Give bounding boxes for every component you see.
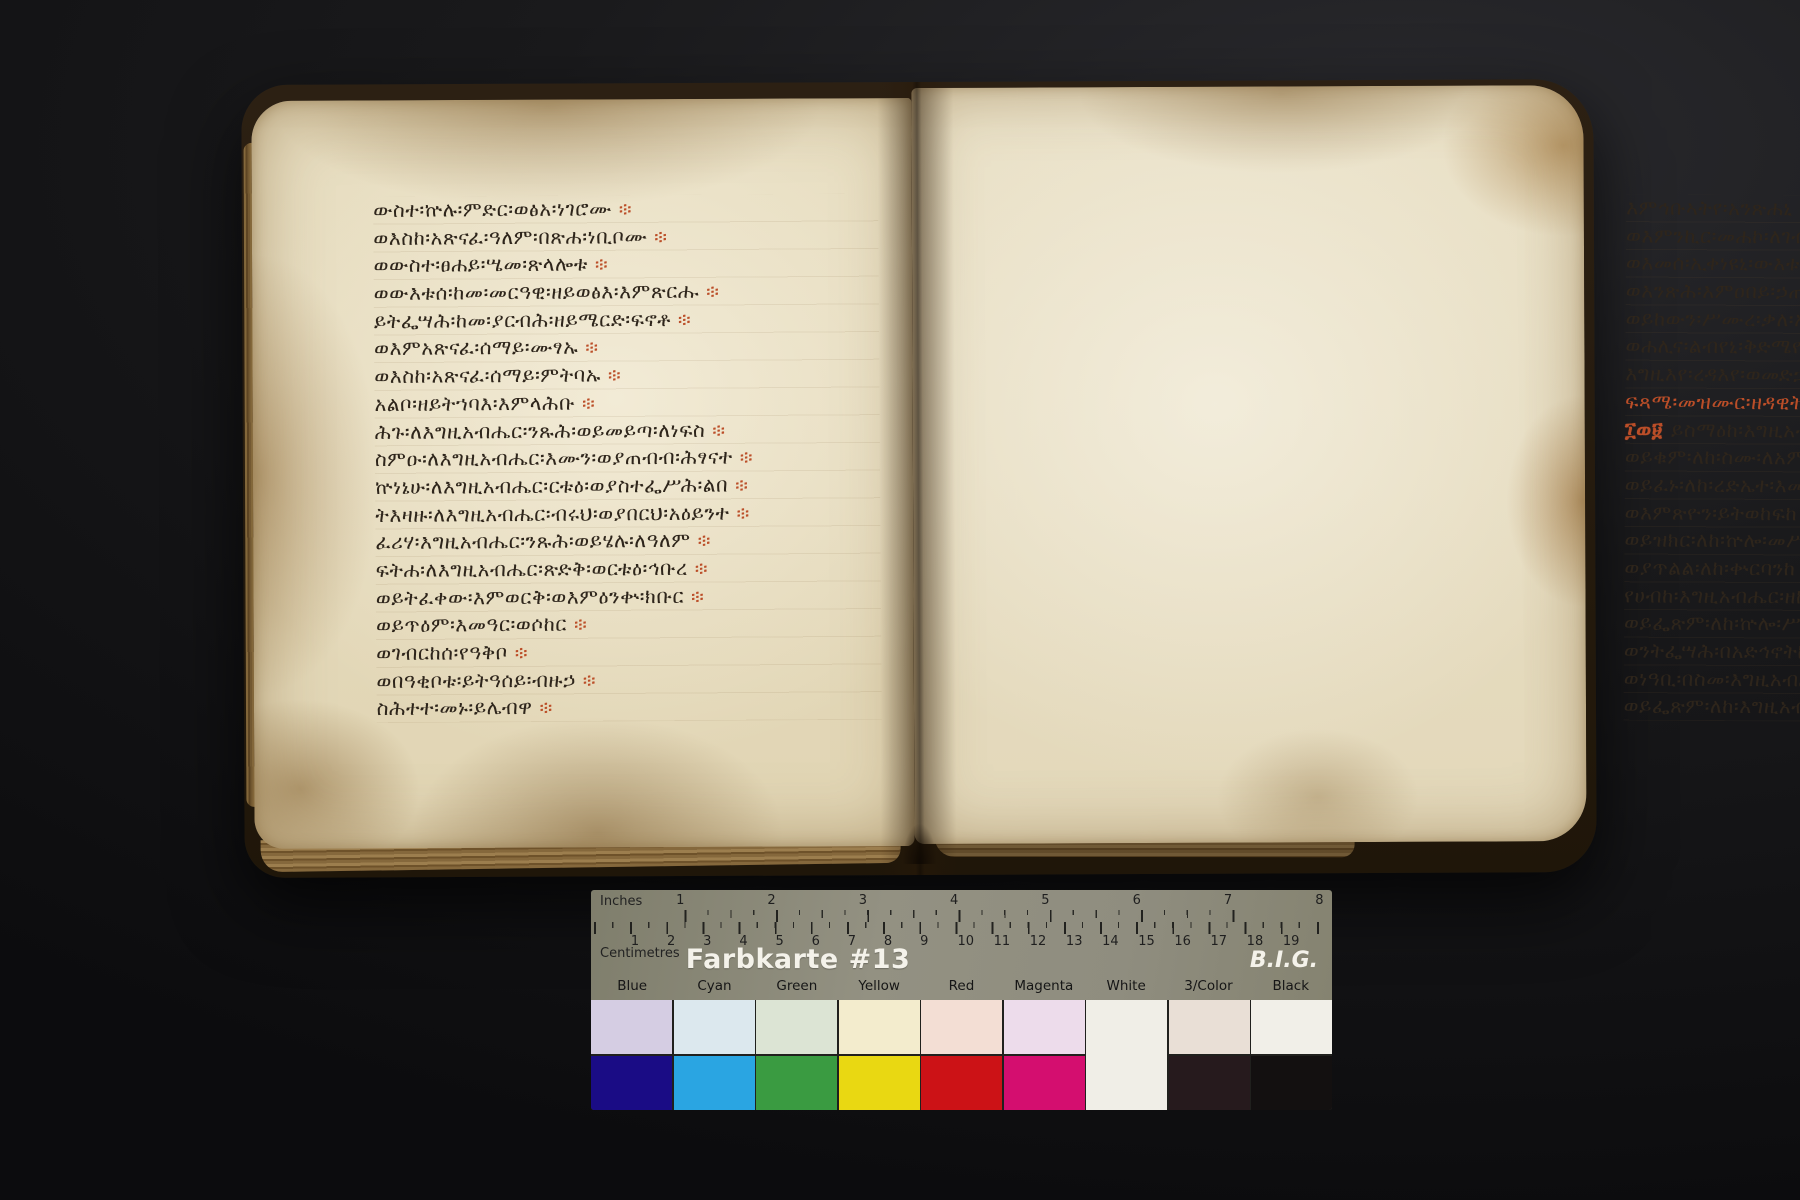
manuscript-text-line: ወእምአጽናፈ፡ሰማይ፡ሙፃኡ፨ (374, 332, 879, 363)
manuscript-text-line: ወእስከ፡አጽናፈ፡ዓለም፡በጽሐ፡ነቢቦሙ፨ (373, 221, 878, 252)
swatch-labels-row: BlueCyanGreenYellowRedMagentaWhite3/Colo… (591, 978, 1332, 1000)
color-swatch-3-color-tint (1169, 1000, 1250, 1054)
manuscript-page-right: እምኅቡኣትየ፡አንጽሐኒ፨ወእምንኪር፡መሐኮ፡ለገብርከ፨ወእመሰ፡ኢቀነዩ… (911, 85, 1586, 844)
line-end-mark-icon: ፨ (647, 227, 667, 248)
line-end-mark-icon: ፨ (588, 255, 608, 276)
photo-backdrop: ውስተ፡ኵሉ፡ምድር፡ወፅአ፡ነገሮሙ፨ወእስከ፡አጽናፈ፡ዓለም፡በጽሐ፡ነቢ… (0, 0, 1800, 1200)
inch-scale: Inches 12345678 (591, 890, 1332, 910)
book-gutter-notch (896, 804, 942, 864)
right-page-text-block: እምኅቡኣትየ፡አንጽሐኒ፨ወእምንኪር፡መሐኮ፡ለገብርከ፨ወእመሰ፡ኢቀነዩ… (1624, 194, 1800, 723)
line-end-mark-icon: ፨ (1793, 199, 1800, 220)
manuscript-text-line: ወያጥልል፡ለከ፡ቍርባንከ፨ (1624, 554, 1800, 584)
manuscript-text-line: እግዚእየ፡ረዳእየ፡ወመድኃንየ፨ (1625, 361, 1800, 391)
swatch-label-magenta: Magenta (1003, 978, 1085, 1000)
cm-number: 18 (1247, 934, 1264, 949)
manuscript-text-line: ሕጉ፡ለእግዚአብሔር፡ንጹሕ፡ወይመይጣ፡ለነፍስ፨ (375, 415, 880, 446)
inch-number: 4 (950, 893, 958, 908)
cm-number: 15 (1138, 934, 1155, 949)
manuscript-text-line: ወገብርከሰ፡የዓቅቦ፨ (376, 637, 881, 668)
line-end-mark-icon: ፨ (575, 393, 595, 414)
swatch-label-black: Black (1250, 978, 1332, 1000)
line-end-mark-icon: ፨ (730, 503, 750, 524)
cm-number: 19 (1283, 934, 1300, 949)
line-end-mark-icon: ፨ (699, 282, 719, 303)
swatch-label-white: White (1085, 978, 1167, 1000)
line-end-mark-icon: ፨ (508, 643, 528, 664)
manuscript-text-line: ስሕተተ፡መኑ፡ይሌብዋ፨ (377, 692, 882, 723)
manuscript-text-line: ወሐሊና፡ልብየኒ፡ቅድሜየ፡ውእቱ፡በኵሉ፡ጊዜ፨ (1625, 333, 1800, 363)
manuscript-text-line: ፈሪሃ፡እግዚአብሔር፡ንጹሕ፡ወይሄሉ፡ለዓለም፨ (375, 526, 880, 557)
line-end-mark-icon: ፨ (567, 615, 587, 636)
swatch-label-green: Green (756, 978, 838, 1000)
line-end-mark-icon: ፨ (612, 199, 632, 220)
swatch-label-3-color: 3/Color (1167, 978, 1249, 1000)
line-end-mark-icon: ፨ (1795, 559, 1800, 580)
manuscript-text-line: ወበዓቂቦቱ፡ይትዓሰይ፡ብዙኃ፨ (376, 664, 881, 695)
manuscript-text-line: ወእንጽሕ፡እምዐበይ፡ኃጢአትየ፨ (1626, 277, 1800, 307)
manuscript-text-line: ወውእቱሰ፡ከመ፡መርዓዊ፡ዘይወፅእ፡እምጽርሑ፨ (374, 277, 879, 308)
color-swatch-blue-tint (591, 1000, 672, 1054)
cm-number: 12 (1030, 934, 1047, 949)
color-card: Inches 12345678 123456789101112131415161… (591, 890, 1332, 1110)
manuscript-page-left: ውስተ፡ኵሉ፡ምድር፡ወፅአ፡ነገሮሙ፨ወእስከ፡አጽናፈ፡ዓለም፡በጽሐ፡ነቢ… (251, 98, 914, 849)
inch-number: 3 (859, 893, 867, 908)
cm-number: 10 (957, 934, 974, 949)
manuscript-text-line: ወይፌጽም፡ለከ፡ኵሎ፡ሥምረተከ፨ (1624, 610, 1800, 640)
manuscript-text-line: ወነዓቢ፡በስመ፡እግዚአብሔር፡አምላክነ፨ (1624, 665, 1800, 695)
line-end-mark-icon: ፨ (576, 670, 596, 691)
manuscript-text-line: ወእምጽዮን፡ይትወከፍከ፨ (1625, 499, 1800, 529)
line-end-mark-icon: ፨ (705, 420, 725, 441)
manuscript-text-line: ወእምንኪር፡መሐኮ፡ለገብርከ፨ (1626, 222, 1800, 252)
manuscript-text-line: ወይጥዕም፡እመዓር፡ወሶከር፨ (376, 609, 881, 640)
manuscript-text-line: ወይትፈቀው፡እምወርቅ፡ወእምዕንቍ፡ክቡር፨ (376, 581, 881, 612)
inch-ticks (675, 910, 1332, 922)
manuscript-text-line: ይትፌሣሕ፡ከመ፡ያርብሕ፡ዘይሜርድ፡ፍኖቶ፨ (374, 304, 879, 335)
psalm-number: ፲ወ፱ (1625, 417, 1671, 441)
line-end-mark-icon: ፨ (671, 310, 691, 331)
line-end-mark-icon: ፨ (733, 448, 753, 469)
manuscript-text-line: ኵነኔሁ፡ለእግዚአብሔር፡ርቱዕ፡ወያስተፌሥሕ፡ልበ፨ (375, 470, 880, 501)
swatch-grid (591, 1000, 1332, 1110)
color-swatch-magenta-tint (1004, 1000, 1085, 1054)
manuscript-text-line: ፍትሐ፡ለእግዚአብሔር፡ጽድቅ፡ወርቱዕ፡ኅቡረ፨ (376, 553, 881, 584)
manuscript-text-line: ወይቁም፡ለከ፡ስሙ፡ለአምላከ፡ያዕቆብ፨ (1625, 444, 1800, 474)
inch-number: 1 (676, 893, 684, 908)
manuscript-text-line: ስምዑ፡ለእግዚአብሔር፡እሙን፡ወያጠብብ፡ሕፃናተ፨ (375, 443, 880, 474)
manuscript-text-line: እምኅቡኣትየ፡አንጽሐኒ፨ (1626, 194, 1800, 224)
manuscript-text-line: ወይከውን፡ሥሙረ፡ቃለ፡አፉየ፨ (1626, 305, 1800, 335)
color-swatch-red-tint (921, 1000, 1002, 1054)
color-swatch-yellow-solid (839, 1056, 920, 1110)
cm-number: 14 (1102, 934, 1119, 949)
manuscript-text-line: ወይዝክር፡ለከ፡ኵሎ፡መሥዋዕተከ፨ (1624, 527, 1800, 557)
inch-number: 5 (1041, 893, 1049, 908)
color-swatch-black-solid (1251, 1056, 1332, 1110)
cm-number: 11 (994, 934, 1011, 949)
manuscript-text-line: ወእመሰ፡ኢቀነዩኒ፡ውእቱ፡ጊዜ፡ንጹሐ፡እከውን፨ (1626, 250, 1800, 280)
inch-number: 2 (767, 893, 775, 908)
line-end-mark-icon: ፨ (688, 559, 708, 580)
manuscript-text-line: ትእዛዙ፡ለእግዚአብሔር፡ብሩህ፡ወያበርህ፡አዕይንተ፨ (375, 498, 880, 529)
color-swatch-green-solid (756, 1056, 837, 1110)
swatch-label-red: Red (920, 978, 1002, 1000)
line-end-mark-icon: ፨ (578, 338, 598, 359)
line-end-mark-icon: ፨ (533, 698, 553, 719)
color-swatch-white (1086, 1000, 1167, 1110)
inches-label: Inches (600, 894, 642, 909)
swatch-label-blue: Blue (591, 978, 673, 1000)
cm-ticks (591, 922, 1332, 934)
line-end-mark-icon: ፨ (691, 531, 711, 552)
color-swatch-cyan-solid (674, 1056, 755, 1110)
color-swatch-black-tint (1251, 1000, 1332, 1054)
manuscript-book: ውስተ፡ኵሉ፡ምድር፡ወፅአ፡ነገሮሙ፨ወእስከ፡አጽናፈ፡ዓለም፡በጽሐ፡ነቢ… (241, 79, 1596, 878)
card-title-row: Centimetres Farbkarte #13 B.I.G. (591, 948, 1332, 978)
manuscript-text-line: አልቦ፡ዘይትኀባእ፡እምላሕቡ፨ (374, 387, 879, 418)
manuscript-text-line: ፍጻሜ፡መዝሙር፡ዘዳዊት፡ተናገረ፡ዳዊት፡በቃሉ፡ሰአል፡ቅዱስ፡ (1625, 388, 1800, 418)
card-brand: B.I.G. (1250, 948, 1318, 973)
manuscript-text-line: ወይፈኑ፡ለከ፡ረድኤተ፡እመቅደሱ፨ (1625, 471, 1800, 501)
manuscript-text-line: ወውስተ፡ፀሐይ፡ሤመ፡ጽላሎቱ፨ (373, 249, 878, 280)
cm-number: 17 (1211, 934, 1228, 949)
line-end-mark-icon: ፨ (601, 365, 621, 386)
inch-number: 8 (1315, 893, 1323, 908)
ruler: Inches 12345678 123456789101112131415161… (591, 890, 1332, 948)
inch-number: 6 (1133, 893, 1141, 908)
manuscript-text-line: የሀብከ፡እግዚአብሔር፡ዘከመ፡ልብከ፨ (1624, 582, 1800, 612)
cm-number: 16 (1174, 934, 1191, 949)
line-end-mark-icon: ፨ (728, 475, 748, 496)
manuscript-text-line: ውስተ፡ኵሉ፡ምድር፡ወፅአ፡ነገሮሙ፨ (373, 194, 878, 225)
color-swatch-magenta-solid (1004, 1056, 1085, 1110)
color-swatch-cyan-tint (674, 1000, 755, 1054)
cm-number: 13 (1066, 934, 1083, 949)
manuscript-text-line: ወይፌጽም፡ለከ፡እግዚአብሔር፡ኵሎ፡ስእለተከ፨ (1624, 693, 1800, 723)
color-swatch-yellow-tint (839, 1000, 920, 1054)
left-page-text-block: ውስተ፡ኵሉ፡ምድር፡ወፅአ፡ነገሮሙ፨ወእስከ፡አጽናፈ፡ዓለም፡በጽሐ፡ነቢ… (373, 194, 882, 724)
line-end-mark-icon: ፨ (684, 586, 704, 607)
color-swatch-blue-solid (591, 1056, 672, 1110)
color-swatch-green-tint (756, 1000, 837, 1054)
color-swatch-3-color-solid (1169, 1056, 1250, 1110)
manuscript-text-line: ወእስከ፡አጽናፈ፡ሰማይ፡ምትባኡ፨ (374, 360, 879, 391)
inch-number: 7 (1224, 893, 1232, 908)
swatch-label-cyan: Cyan (673, 978, 755, 1000)
card-title: Farbkarte #13 (648, 944, 948, 975)
manuscript-text-line: ፲ወ፱ይስማዕከ፡እግዚአብሔር፡በዕለተ፡ምንዳቤከ፨ (1625, 416, 1800, 446)
color-swatch-red-solid (921, 1056, 1002, 1110)
swatch-label-yellow: Yellow (838, 978, 920, 1000)
manuscript-text-line: ወንትፌሣሕ፡በአድኅኖትከ፨ (1624, 637, 1800, 667)
